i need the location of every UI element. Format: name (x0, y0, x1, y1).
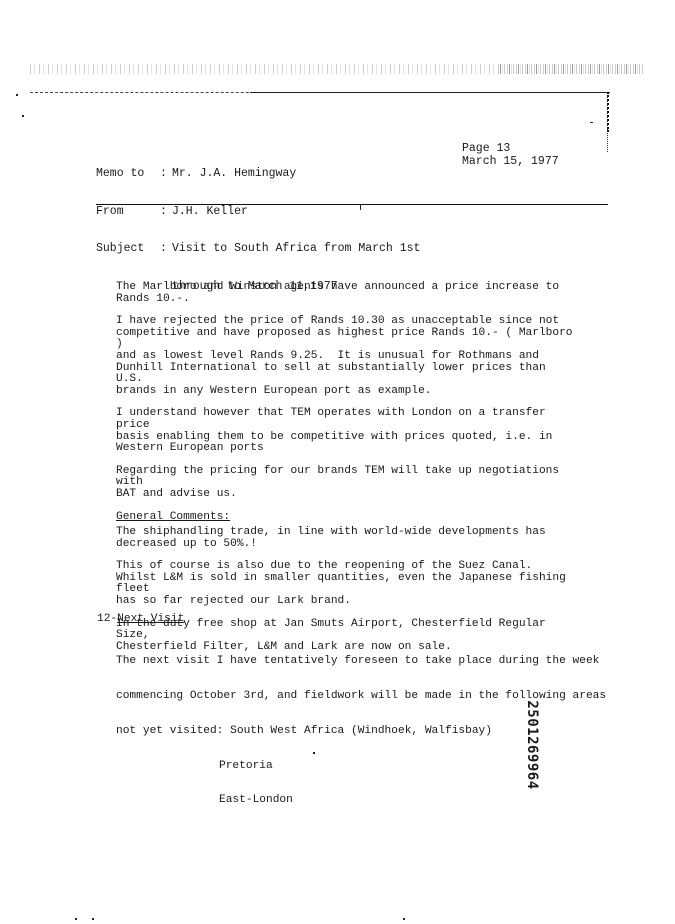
next-visit-line-prefix: not yet visited: (116, 725, 230, 737)
area-item: East-London (116, 795, 586, 807)
next-visit-line: The next visit I have tentatively forese… (116, 656, 586, 668)
scan-speck (313, 752, 315, 754)
bates-number: 2501269964 (524, 700, 540, 789)
next-visit-heading: 12-Next Visit (97, 614, 184, 626)
general-comment-paragraph: The shiphandling trade, in line with wor… (116, 527, 576, 550)
scan-noise-band-dense (500, 64, 640, 74)
subject-row: Subject:Visit to South Africa from March… (96, 243, 420, 256)
separator: : (160, 243, 172, 256)
from-value: J.H. Keller (172, 206, 248, 219)
next-visit-heading-text: Next Visit (117, 613, 184, 625)
scan-speck (403, 918, 405, 920)
area-item: South West Africa (Windhoek, Walfisbay) (230, 725, 492, 737)
body-paragraph: Regarding the pricing for our brands TEM… (116, 466, 576, 501)
memo-page: Memo to:Mr. J.A. Hemingway From:J.H. Kel… (0, 0, 675, 924)
right-border-rule-upper (607, 92, 609, 132)
scan-speck (590, 122, 593, 123)
body-paragraph: I have rejected the price of Rands 10.30… (116, 316, 576, 397)
scan-speck (75, 918, 77, 920)
subject-label: Subject (96, 243, 160, 256)
memo-to-value: Mr. J.A. Hemingway (172, 168, 296, 181)
area-item: Pretoria (116, 761, 586, 773)
memo-header-right: Page 13 March 15, 1977 (462, 143, 559, 168)
separator: : (160, 206, 172, 219)
memo-date: March 15, 1977 (462, 156, 559, 169)
header-divider (96, 204, 608, 205)
scan-speck (16, 94, 18, 96)
general-comment-paragraph: This of course is also due to the reopen… (116, 561, 576, 607)
next-visit-areas-first: not yet visited: South West Africa (Wind… (116, 726, 586, 738)
memo-to-row: Memo to:Mr. J.A. Hemingway (96, 168, 420, 181)
header-divider-tick (360, 205, 361, 210)
from-row: From:J.H. Keller (96, 206, 420, 219)
top-border-rule-solid (250, 92, 610, 93)
general-comments-heading: General Comments: (116, 512, 576, 524)
memo-body: The Marlboro and Winston agents have ann… (116, 282, 576, 664)
from-label: From (96, 206, 160, 219)
section-number: 12- (97, 613, 117, 625)
body-paragraph: I understand however that TEM operates w… (116, 408, 576, 454)
page-number: Page 13 (462, 143, 559, 156)
scan-speck (92, 918, 94, 920)
next-visit-line: commencing October 3rd, and fieldwork wi… (116, 691, 586, 703)
memo-to-label: Memo to (96, 168, 160, 181)
next-visit-section: The next visit I have tentatively forese… (116, 633, 586, 830)
body-paragraph: The Marlboro and Winston agents have ann… (116, 282, 576, 305)
subject-value-line1: Visit to South Africa from March 1st (172, 243, 420, 256)
scan-speck (22, 115, 24, 117)
separator: : (160, 168, 172, 181)
